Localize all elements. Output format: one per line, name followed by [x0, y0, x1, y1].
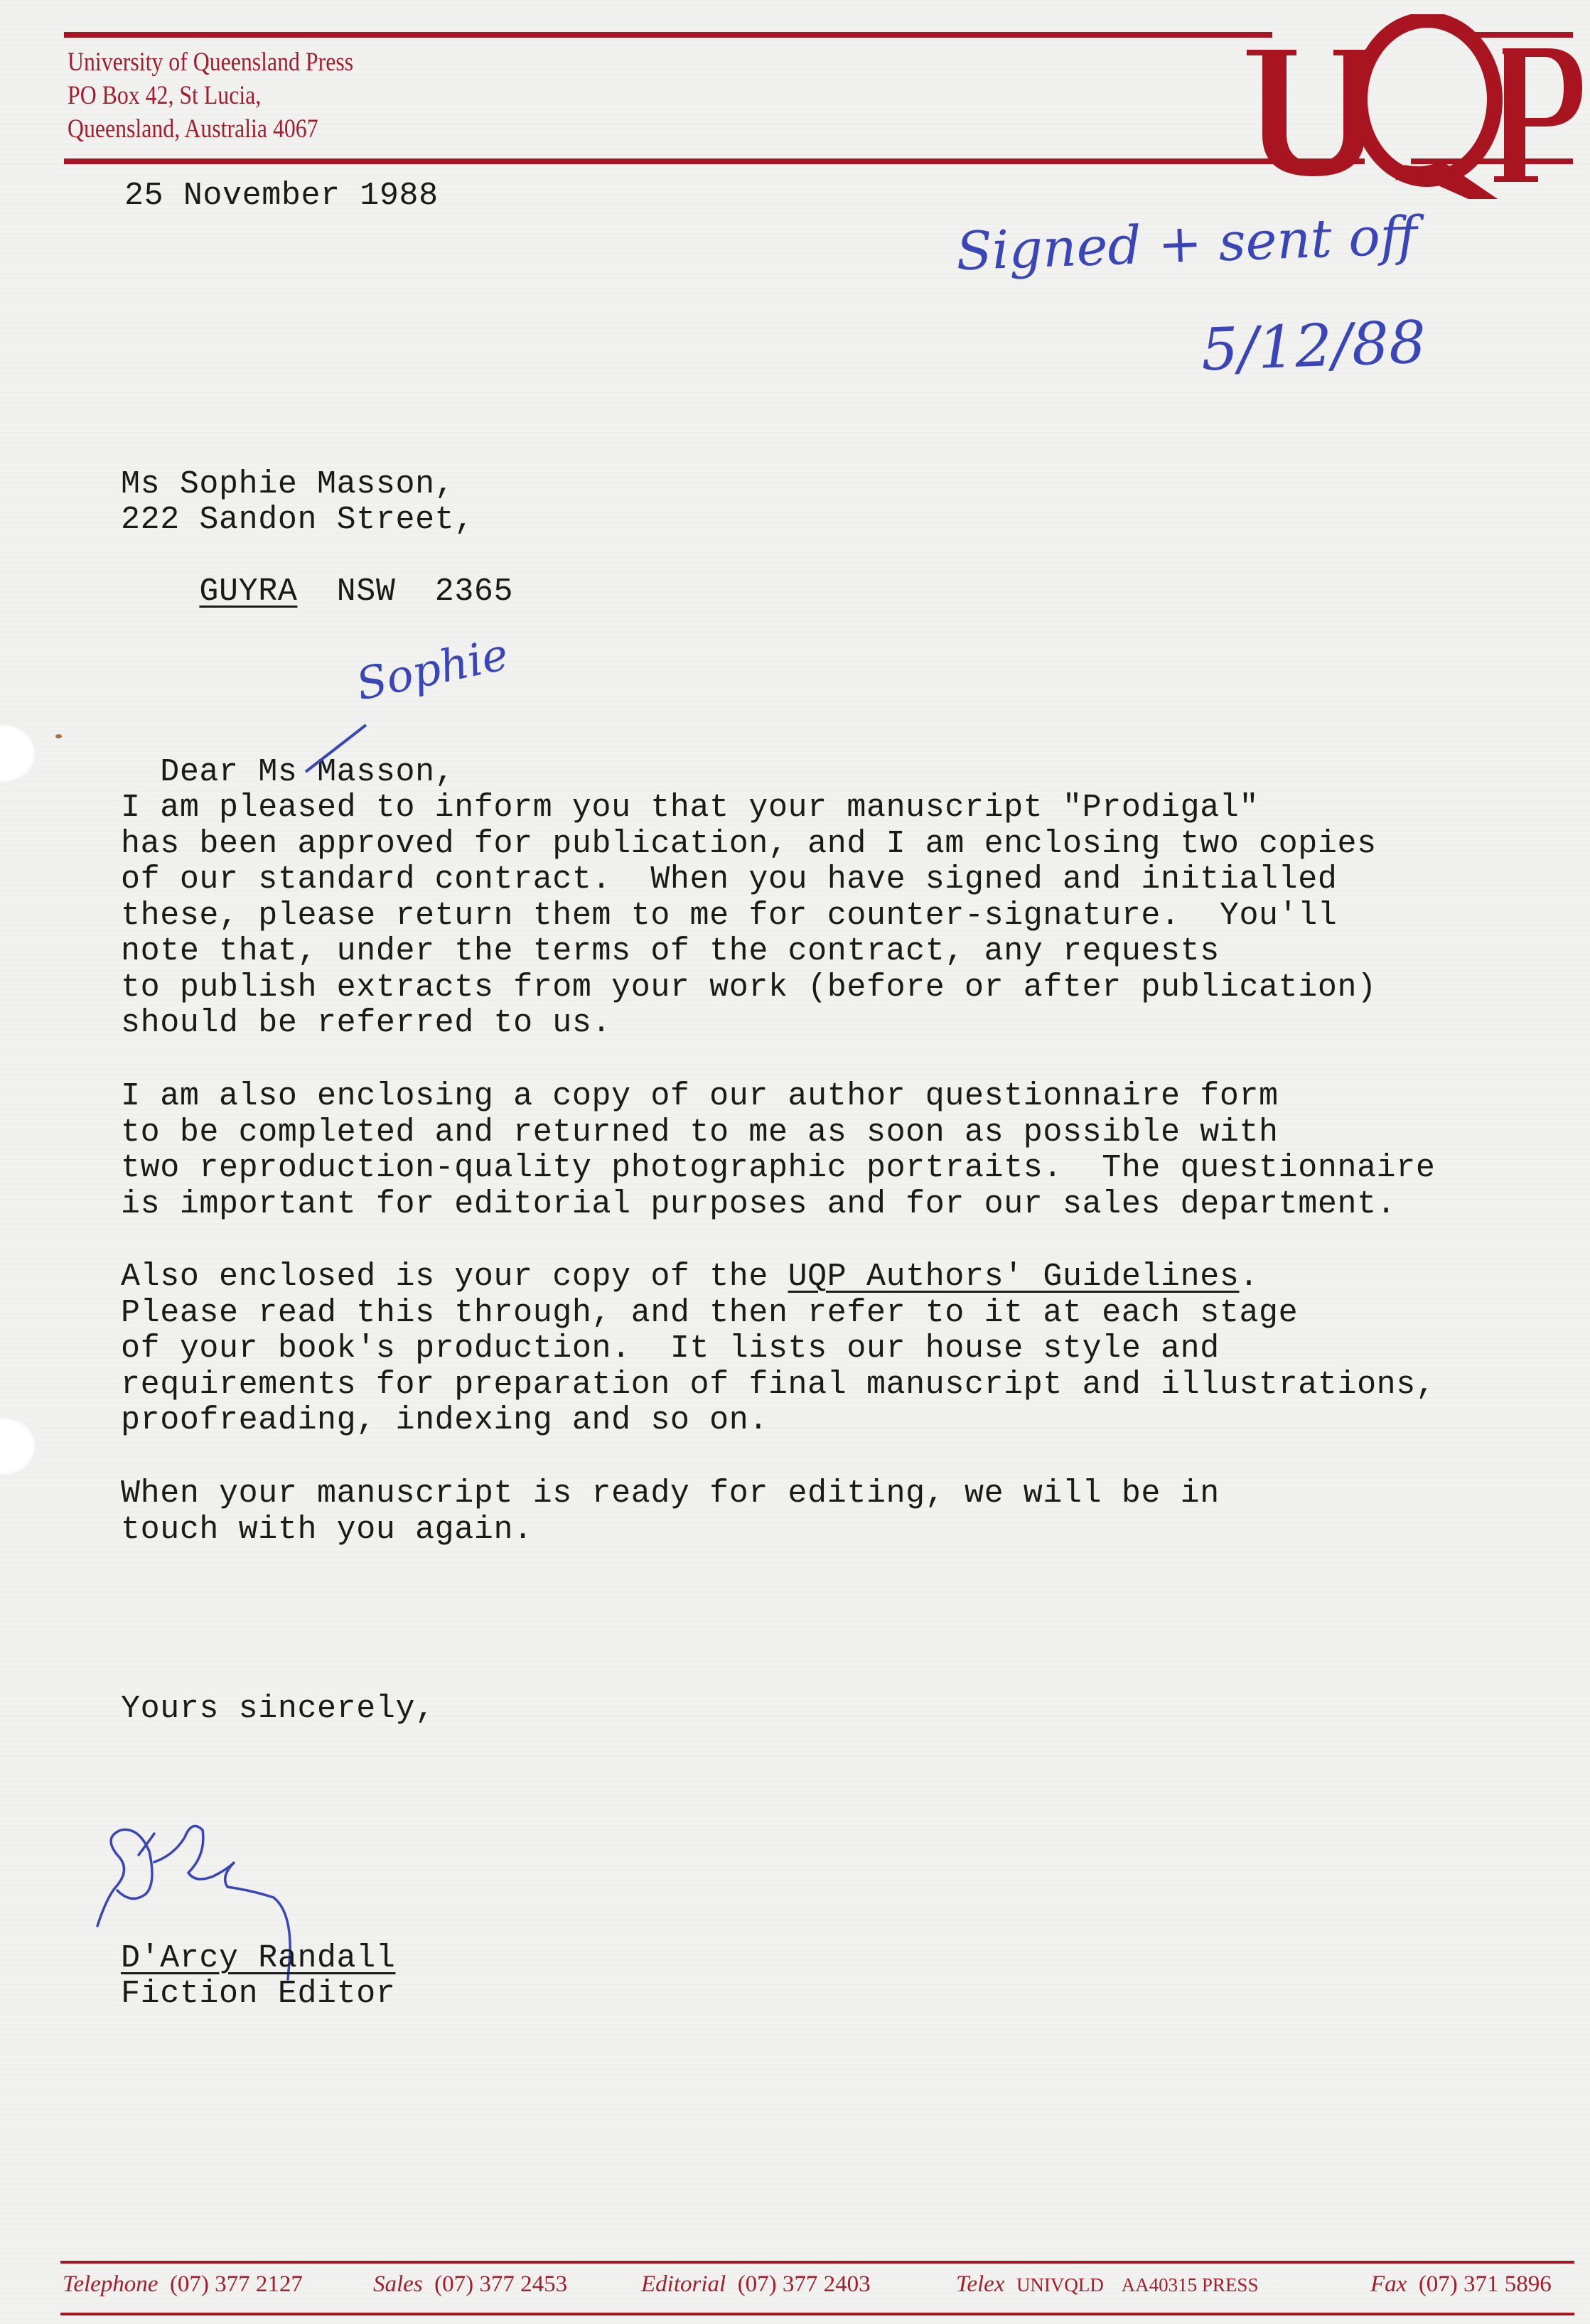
footer-telex: Telex UNIVQLD AA40315 PRESS — [956, 2271, 1258, 2298]
header-rule-bottom — [64, 158, 1365, 164]
letter-date: 25 November 1988 — [124, 178, 439, 215]
body-line: of our standard contract. When you have … — [121, 862, 1337, 898]
signatory-name: D'Arcy Randall — [121, 1941, 395, 1977]
guidelines-title: UQP Authors' Guidelines — [788, 1259, 1240, 1295]
body-line: should be referred to us. — [121, 1006, 611, 1042]
punch-hole — [0, 725, 37, 782]
ink-speck — [55, 734, 62, 738]
footer-rule-bottom — [60, 2313, 1574, 2315]
footer-fax: Fax (07) 371 5896 — [1370, 2271, 1552, 2298]
footer-editorial: Editorial (07) 377 2403 — [641, 2271, 871, 2298]
body-line: of your book's production. It lists our … — [121, 1331, 1220, 1367]
body-line: Please read this through, and then refer… — [121, 1296, 1298, 1332]
handwritten-note-line1: Signed + sent off — [955, 205, 1419, 283]
closing: Yours sincerely, — [121, 1691, 435, 1728]
body-line: has been approved for publication, and I… — [121, 827, 1377, 863]
body-line: When your manuscript is ready for editin… — [121, 1476, 1220, 1512]
body-line: proofreading, indexing and so on. — [121, 1403, 768, 1439]
body-line: note that, under the terms of the contra… — [121, 934, 1220, 970]
recipient-name: Ms Sophie Masson, — [121, 467, 454, 503]
body-line: these, please return them to me for coun… — [121, 898, 1337, 935]
publisher-name: University of Queensland Press — [68, 45, 353, 79]
body-line: touch with you again. — [121, 1512, 533, 1549]
body-line: to publish extracts from your work (befo… — [121, 970, 1377, 1006]
uqp-logo-icon — [1227, 14, 1582, 199]
recipient-street: 222 Sandon Street, — [121, 502, 474, 539]
footer-telephone: Telephone (07) 377 2127 — [63, 2271, 303, 2298]
strike-through-mark — [299, 718, 384, 775]
publisher-po-box: PO Box 42, St Lucia, — [68, 79, 353, 112]
header-rule-top — [64, 32, 1272, 38]
body-line: is important for editorial purposes and … — [121, 1187, 1396, 1223]
body-line: I am pleased to inform you that your man… — [121, 790, 1259, 827]
punch-hole — [0, 1418, 37, 1475]
signatory-title: Fiction Editor — [121, 1976, 395, 2013]
handwritten-note-date: 5/12/88 — [1200, 309, 1427, 384]
body-line: two reproduction-quality photographic po… — [121, 1151, 1436, 1187]
paragraph-3-line-1: Also enclosed is your copy of the UQP Au… — [121, 1259, 1259, 1296]
salutation: Dear Ms Masson, — [121, 719, 454, 790]
recipient-town: GUYRA — [199, 574, 297, 610]
salutation-prefix: Dear Ms — [160, 754, 317, 790]
body-line: I am also enclosing a copy of our author… — [121, 1079, 1279, 1115]
publisher-city: Queensland, Australia 4067 — [68, 112, 353, 146]
body-line: requirements for preparation of final ma… — [121, 1367, 1436, 1404]
footer-rule-top — [60, 2261, 1574, 2264]
recipient-postcode: 2365 — [435, 574, 513, 610]
body-line: to be completed and returned to me as so… — [121, 1115, 1279, 1151]
publisher-address: University of Queensland Press PO Box 42… — [68, 45, 353, 146]
footer-sales: Sales (07) 377 2453 — [373, 2271, 567, 2298]
recipient-state: NSW — [337, 574, 396, 610]
